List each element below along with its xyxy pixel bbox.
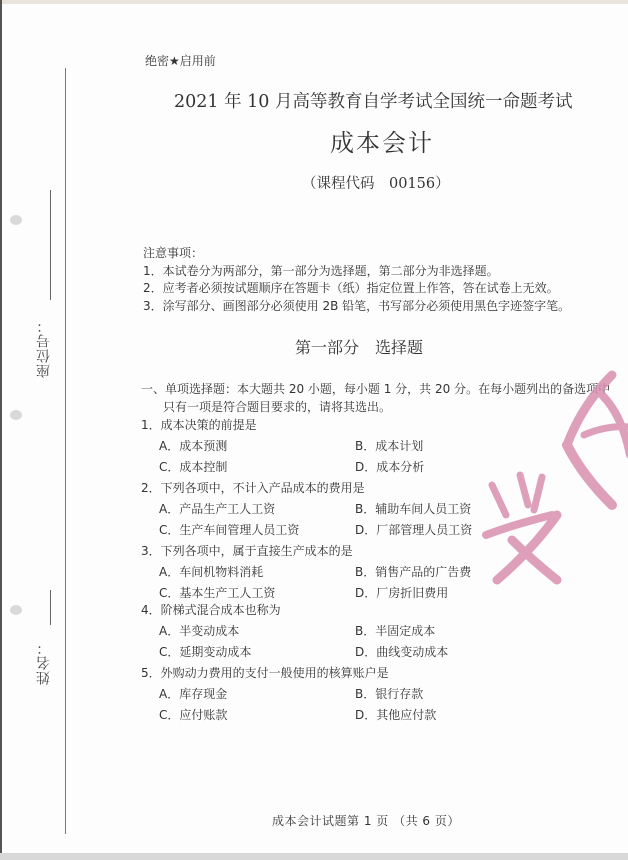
option-a: A．车间机物料消耗: [159, 562, 263, 583]
notes-heading: 注意事项：: [143, 245, 570, 263]
question-3: 3．下列各项中，属于直接生产成本的是 A．车间机物料消耗 B．销售产品的广告费 …: [141, 541, 353, 604]
option-c: C．应付账款: [159, 705, 227, 726]
binding-hole-icon: [10, 410, 22, 420]
note-item: 3．涂写部分、画图部分必须使用 2B 铅笔，书写部分必须使用黑色字迹签字笔。: [143, 298, 570, 316]
binding-margin-line: [65, 68, 66, 834]
question-1: 1．成本决策的前提是 A．成本预测 B．成本计划 C．成本控制 D．成本分析: [141, 415, 257, 478]
note-item: 2．应考者必须按试题顺序在答题卡（纸）指定位置上作答，答在试卷上无效。: [143, 280, 570, 298]
option-c: C．延期变动成本: [159, 642, 251, 663]
question-5: 5．外购动力费用的支付一般使用的核算账户是 A．库存现金 B．银行存款 C．应付…: [141, 663, 389, 726]
exam-page: 座位号： 姓名： 绝密★启用前 2021 年 10 月高等教育自学考试全国统一命…: [0, 0, 628, 853]
question-stem: 2．下列各项中，不计入产品成本的费用是: [141, 478, 365, 499]
option-d: D．厂房折旧费用: [355, 583, 448, 604]
section-title: 第一部分 选择题: [295, 335, 423, 358]
option-b: B．成本计划: [355, 436, 423, 457]
binding-hole-icon: [10, 605, 22, 615]
section-instruction: 一、单项选择题：本大题共 20 小题，每小题 1 分，共 20 分。在每小题列出…: [141, 380, 610, 416]
option-b: B．银行存款: [355, 684, 423, 705]
question-2: 2．下列各项中，不计入产品成本的费用是 A．产品生产工人工资 B．辅助车间人员工…: [141, 478, 365, 541]
page-footer: 成本会计试题第 1 页 （共 6 页）: [272, 812, 460, 829]
page-top-edge: [2, 0, 628, 4]
question-stem: 4．阶梯式混合成本也称为: [141, 600, 281, 621]
option-a: A．半变动成本: [159, 621, 239, 642]
question-stem: 1．成本决策的前提是: [141, 415, 257, 436]
option-b: B．辅助车间人员工资: [355, 499, 471, 520]
course-code: （课程代码 00156）: [302, 172, 450, 193]
binding-hole-icon: [10, 215, 22, 225]
option-d: D．成本分析: [355, 457, 424, 478]
name-label: 姓名：: [34, 640, 54, 685]
subject-title: 成本会计: [330, 123, 434, 158]
option-c: C．生产车间管理人员工资: [159, 520, 299, 541]
option-a: A．成本预测: [159, 436, 227, 457]
note-item: 1．本试卷分为两部分，第一部分为选择题，第二部分为非选择题。: [143, 263, 570, 281]
option-d: D．其他应付款: [355, 705, 436, 726]
secret-mark: 绝密★启用前: [145, 52, 216, 69]
exam-title: 2021 年 10 月高等教育自学考试全国统一命题考试: [174, 88, 573, 113]
option-d: D．曲线变动成本: [355, 642, 448, 663]
notes-section: 注意事项： 1．本试卷分为两部分，第一部分为选择题，第二部分为非选择题。 2．应…: [143, 245, 570, 315]
option-b: B．销售产品的广告费: [355, 562, 471, 583]
question-stem: 3．下列各项中，属于直接生产成本的是: [141, 541, 353, 562]
option-d: D．厂部管理人员工资: [355, 520, 472, 541]
seat-number-label: 座位号：: [34, 318, 54, 378]
instruction-line: 只有一项是符合题目要求的，请将其选出。: [141, 398, 610, 416]
question-stem: 5．外购动力费用的支付一般使用的核算账户是: [141, 663, 389, 684]
option-a: A．库存现金: [159, 684, 227, 705]
option-b: B．半固定成本: [355, 621, 435, 642]
scan-bottom-edge: [0, 853, 628, 860]
option-c: C．成本控制: [159, 457, 227, 478]
option-a: A．产品生产工人工资: [159, 499, 275, 520]
instruction-line: 一、单项选择题：本大题共 20 小题，每小题 1 分，共 20 分。在每小题列出…: [141, 380, 610, 398]
name-blank-line: [50, 590, 51, 625]
question-4: 4．阶梯式混合成本也称为 A．半变动成本 B．半固定成本 C．延期变动成本 D．…: [141, 600, 281, 663]
seat-number-blank-line: [50, 190, 51, 300]
